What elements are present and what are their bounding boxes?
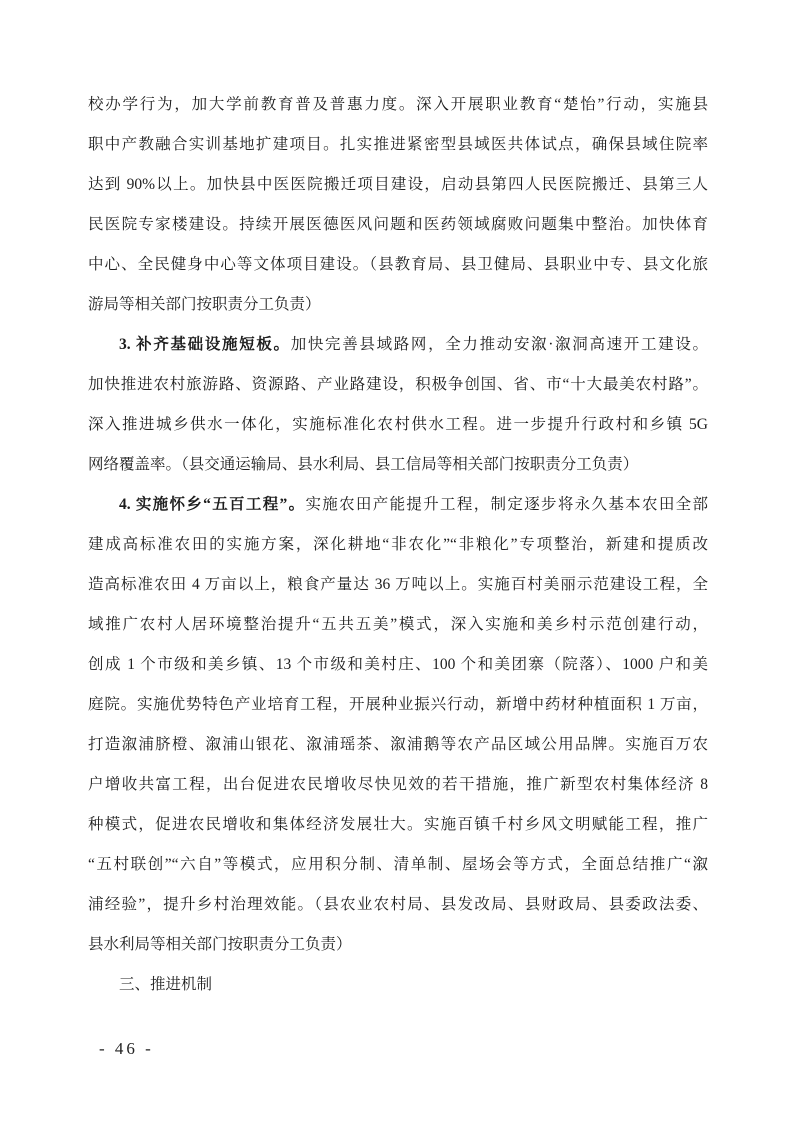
text-line: 深入推进城乡供水一体化，实施标准化农村供水工程。进一步提升行政村和乡镇 5G (88, 405, 708, 445)
text-line: 户增收共富工程，出台促进农民增收尽快见效的若干措施，推广新型农村集体经济 8 (88, 765, 708, 805)
text-line: 校办学行为，加大学前教育普及普惠力度。深入开展职业教育“楚怡”行动，实施县 (88, 85, 708, 125)
text-line: 网络覆盖率。（县交通运输局、县水利局、县工信局等相关部门按职责分工负责） (88, 445, 708, 485)
text-line: 职中产教融合实训基地扩建项目。扎实推进紧密型县域医共体试点，确保县域住院率 (88, 125, 708, 165)
text-line: 达到 90%以上。加快县中医医院搬迁项目建设，启动县第四人民医院搬迁、县第三人 (88, 165, 708, 205)
text-line: 民医院专家楼建设。持续开展医德医风问题和医药领域腐败问题集中整治。加快体育 (88, 205, 708, 245)
text-line: 造高标准农田 4 万亩以上，粮食产量达 36 万吨以上。实施百村美丽示范建设工程… (88, 565, 708, 605)
document-body-text: 校办学行为，加大学前教育普及普惠力度。深入开展职业教育“楚怡”行动，实施县职中产… (88, 85, 708, 1005)
page-number: - 46 - (99, 1036, 154, 1062)
text-line: 庭院。实施优势特色产业培育工程，开展种业振兴行动，新增中药材种植面积 1 万亩， (88, 685, 708, 725)
text-line: 种模式，促进农民增收和集体经济发展壮大。实施百镇千村乡风文明赋能工程，推广 (88, 805, 708, 845)
text-line: 游局等相关部门按职责分工负责） (88, 285, 708, 325)
text-line: 三、推进机制 (88, 965, 708, 1005)
text-line: 域推广农村人居环境整治提升“五共五美”模式，深入实施和美乡村示范创建行动， (88, 605, 708, 645)
section-heading-line: 3. 补齐基础设施短板。加快完善县域路网，全力推动安溆·溆洞高速开工建设。 (88, 325, 708, 365)
text-line: 创成 1 个市级和美乡镇、13 个市级和美村庄、100 个和美团寨（院落）、10… (88, 645, 708, 685)
text-line: “五村联创”“六自”等模式，应用积分制、清单制、屋场会等方式，全面总结推广“溆 (88, 845, 708, 885)
section-heading: 3. 补齐基础设施短板。 (119, 336, 291, 353)
text-line: 浦经验”，提升乡村治理效能。（县农业农村局、县发改局、县财政局、县委政法委、 (88, 885, 708, 925)
text-line: 加快推进农村旅游路、资源路、产业路建设，积极争创国、省、市“十大最美农村路”。 (88, 365, 708, 405)
document-page: 校办学行为，加大学前教育普及普惠力度。深入开展职业教育“楚怡”行动，实施县职中产… (0, 0, 793, 1122)
section-heading-line: 4. 实施怀乡“五百工程”。实施农田产能提升工程，制定逐步将永久基本农田全部 (88, 485, 708, 525)
section-heading: 4. 实施怀乡“五百工程”。 (119, 496, 305, 513)
text-line: 打造溆浦脐橙、溆浦山银花、溆浦瑶茶、溆浦鹅等农产品区域公用品牌。实施百万农 (88, 725, 708, 765)
text-line: 中心、全民健身中心等文体项目建设。（县教育局、县卫健局、县职业中专、县文化旅 (88, 245, 708, 285)
text-line: 建成高标准农田的实施方案，深化耕地“非农化”“非粮化”专项整治，新建和提质改 (88, 525, 708, 565)
text-line: 县水利局等相关部门按职责分工负责） (88, 925, 708, 965)
